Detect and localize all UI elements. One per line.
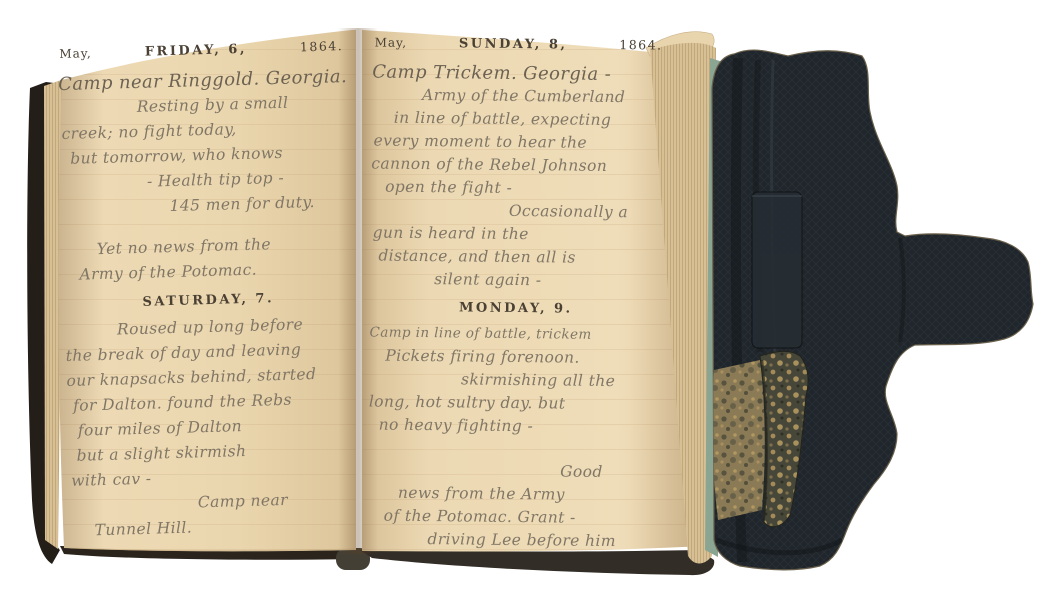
handwritten-line: distance, and then all is [378, 245, 662, 271]
right-year-label: 1864. [619, 37, 662, 52]
right-subheader-printed: MONDAY, 9. [370, 299, 662, 317]
handwritten-line: Camp in line of battle, trickem [369, 321, 661, 347]
worn-strap [712, 360, 765, 520]
left-year-label: 1864. [300, 38, 344, 54]
bottom-cover-edge-right [360, 550, 714, 575]
cover-pocket-flap [752, 192, 802, 348]
handwritten-line: 145 men for duty. [169, 189, 350, 219]
left-weekday-label: FRIDAY, 6, [145, 42, 247, 60]
left-page: May, FRIDAY, 6, 1864. Camp near Ringgold… [57, 38, 359, 544]
handwritten-line: news from the Army [398, 482, 660, 508]
handwritten-line: gun is heard in the [373, 221, 663, 247]
handwritten-line: driving Lee before him [427, 528, 659, 553]
handwritten-line: in line of battle, expecting [394, 107, 664, 133]
left-subheader-printed: SATURDAY, 7. [64, 289, 352, 312]
right-page-printed-header: May, SUNDAY, 8, 1864. [373, 34, 665, 53]
left-month-label: May, [59, 46, 92, 61]
civil-war-diary-photo: May, FRIDAY, 6, 1864. Camp near Ringgold… [0, 0, 1055, 600]
handwritten-line: Army of the Cumberland [422, 84, 664, 110]
right-weekday-label: SUNDAY, 8, [459, 36, 568, 52]
handwritten-line: every moment to hear the [373, 130, 663, 156]
handwritten-line: skirmishing all the [461, 368, 661, 393]
handwritten-line: silent again - [434, 268, 662, 293]
handwritten-line: open the fight - [385, 176, 663, 202]
handwritten-line: Good [560, 460, 660, 484]
right-month-label: May, [375, 36, 408, 50]
handwritten-line: Pickets firing forenoon. [385, 345, 661, 371]
right-page: May, SUNDAY, 8, 1864. Camp Trickem. Geor… [367, 34, 664, 553]
handwritten-line: Camp Trickem. Georgia - [372, 60, 664, 86]
handwritten-line: long, hot sultry day. but [369, 390, 661, 416]
handwritten-line: cannon of the Rebel Johnson [371, 152, 663, 178]
handwritten-line: no heavy fighting - [378, 414, 660, 440]
handwritten-line: of the Potomac. Grant - [384, 505, 660, 531]
handwritten-line: Occasionally a [509, 200, 663, 225]
